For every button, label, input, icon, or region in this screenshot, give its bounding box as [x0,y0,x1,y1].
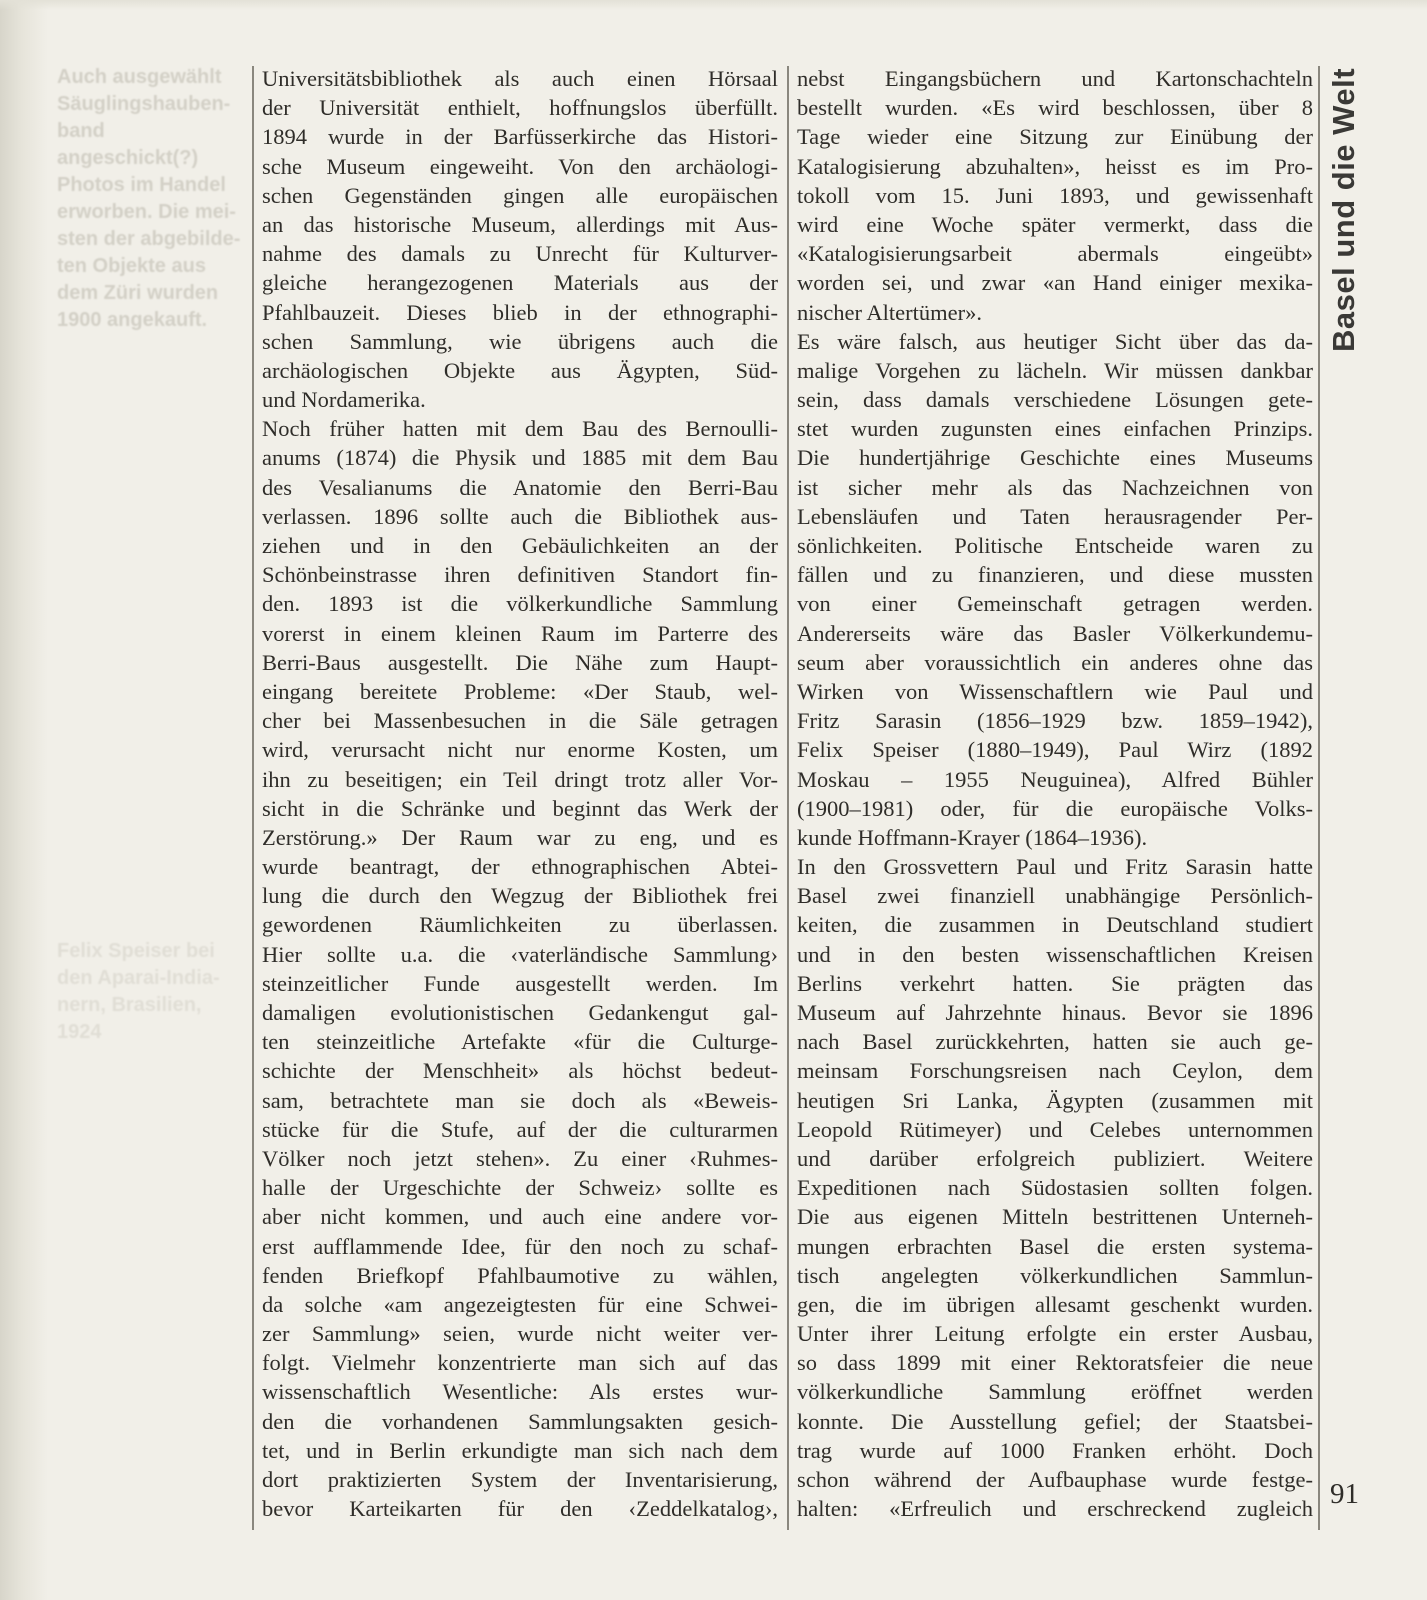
text-line: Tage wieder eine Sitzung zur Einübung de… [797,122,1313,151]
text-line: sicht in die Schränke und beginnt das We… [262,794,778,823]
text-line: dort praktizierten System der Inventaris… [262,1465,778,1494]
text-line: den. 1893 ist die völkerkundliche Sammlu… [262,589,778,618]
bleedthrough-caption-bottom: Felix Speiser beiden Aparai-India-nern, … [57,938,237,1046]
text-line: gleiche herangezogenen Materials aus der [262,268,778,297]
text-line: sam, betrachtete man sie doch als «Bewei… [262,1086,778,1115]
text-line: gewordenen Räumlichkeiten zu überlassen. [262,910,778,939]
text-column-right: nebst Eingangsbüchern und Kartonschachte… [797,64,1313,1523]
text-line: Expeditionen nach Südostasien sollten fo… [797,1173,1313,1202]
text-line: tisch angelegten völkerkundlichen Sammlu… [797,1261,1313,1290]
text-line: des Vesalianums die Anatomie den Berri-B… [262,473,778,502]
text-line: nebst Eingangsbüchern und Kartonschachte… [797,64,1313,93]
text-line: tet, und in Berlin erkundigte man sich n… [262,1436,778,1465]
scan-edge-shadow-top [0,0,1427,10]
text-line: nischer Altertümer». [797,298,1313,327]
text-line: Felix Speiser (1880–1949), Paul Wirz (18… [797,735,1313,764]
text-line: fenden Briefkopf Pfahlbaumotive zu wähle… [262,1261,778,1290]
margin-note-line: den Aparai-India- [57,965,237,992]
text-line: Hier sollte u.a. die ‹vaterländische Sam… [262,940,778,969]
column-rule-left [252,66,254,1530]
text-line: und darüber erfolgreich publiziert. Weit… [797,1144,1313,1173]
text-line: lung die durch den Wegzug der Bibliothek… [262,881,778,910]
text-line: schon während der Aufbauphase wurde fest… [797,1465,1313,1494]
text-line: trag wurde auf 1000 Franken erhöht. Doch [797,1436,1313,1465]
text-line: schen Gegenständen gingen alle europäisc… [262,181,778,210]
text-line: Wirken von Wissenschaftlern wie Paul und [797,677,1313,706]
text-line: von einer Gemeinschaft getragen werden. [797,589,1313,618]
text-line: ten steinzeitliche Artefakte «für die Cu… [262,1027,778,1056]
text-line: nach Basel zurückkehrten, hatten sie auc… [797,1027,1313,1056]
text-line: zer Sammlung» seien, wurde nicht weiter … [262,1319,778,1348]
text-line: völkerkundliche Sammlung eröffnet werden [797,1377,1313,1406]
text-line: cher bei Massenbesuchen in die Säle getr… [262,706,778,735]
text-line: heutigen Sri Lanka, Ägypten (zusammen mi… [797,1086,1313,1115]
text-line: eingang bereitete Probleme: «Der Staub, … [262,677,778,706]
text-line: 1894 wurde in der Barfüsserkirche das Hi… [262,122,778,151]
margin-note-line: Säuglingshauben- [57,91,247,118]
text-line: meinsam Forschungsreisen nach Ceylon, de… [797,1056,1313,1085]
text-line: erst aufflammende Idee, für den noch zu … [262,1232,778,1261]
text-line: halten: «Erfreulich und erschreckend zug… [797,1494,1313,1523]
text-line: wird eine Woche später vermerkt, dass di… [797,210,1313,239]
text-line: kunde Hoffmann-Krayer (1864–1936). [797,823,1313,852]
text-line: verlassen. 1896 sollte auch die Biblioth… [262,502,778,531]
margin-note-line: ten Objekte aus [57,253,247,280]
column-rule-middle [787,66,789,1530]
text-line: Basel zwei finanziell unabhängige Persön… [797,881,1313,910]
text-line: «Katalogisierungsarbeit abermals eingeüb… [797,239,1313,268]
text-line: den die vorhandenen Sammlungsakten gesic… [262,1407,778,1436]
text-line: Schönbeinstrasse ihren definitiven Stand… [262,560,778,589]
text-line: da solche «am angezeigtesten für eine Sc… [262,1290,778,1319]
text-line: tokoll vom 15. Juni 1893, und gewissenha… [797,181,1313,210]
text-line: ist sicher mehr als das Nachzeichnen von [797,473,1313,502]
text-line: ziehen und in den Gebäulichkeiten an der [262,531,778,560]
text-line: Katalogisierung abzuhalten», heisst es i… [797,152,1313,181]
text-line: Noch früher hatten mit dem Bau des Berno… [262,414,778,443]
text-line: (1900–1981) oder, für die europäische Vo… [797,794,1313,823]
text-line: mungen erbrachten Basel die ersten syste… [797,1232,1313,1261]
text-line: aber nicht kommen, und auch eine andere … [262,1202,778,1231]
text-line: Andererseits wäre das Basler Völkerkunde… [797,619,1313,648]
text-line: Berri-Baus ausgestellt. Die Nähe zum Hau… [262,648,778,677]
text-line: Museum auf Jahrzehnte hinaus. Bevor sie … [797,998,1313,1027]
text-line: archäologischen Objekte aus Ägypten, Süd… [262,356,778,385]
text-line: Zerstörung.» Der Raum war zu eng, und es [262,823,778,852]
scanned-book-page: Auch ausgewähltSäuglingshauben-band ange… [0,0,1427,1600]
text-line: anums (1874) die Physik und 1885 mit dem… [262,443,778,472]
text-line: damaligen evolutionistischen Gedankengut… [262,998,778,1027]
text-line: halle der Urgeschichte der Schweiz› soll… [262,1173,778,1202]
scan-edge-shadow [0,0,48,1600]
text-column-left: Universitätsbibliothek als auch einen Hö… [262,64,778,1523]
text-line: so dass 1899 mit einer Rektoratsfeier di… [797,1348,1313,1377]
margin-note-line: Felix Speiser bei [57,938,237,965]
text-line: malige Vorgehen zu lächeln. Wir müssen d… [797,356,1313,385]
text-line: sche Museum eingeweiht. Von den archäolo… [262,152,778,181]
text-line: wird, verursacht nicht nur enorme Kosten… [262,735,778,764]
text-line: steinzeitlicher Funde ausgestellt werden… [262,969,778,998]
text-line: wurde beantragt, der ethnographischen Ab… [262,852,778,881]
text-line: Die hundertjährige Geschichte eines Muse… [797,443,1313,472]
text-line: Es wäre falsch, aus heutiger Sicht über … [797,327,1313,356]
text-line: wissenschaftlich Wesentliche: Als erstes… [262,1377,778,1406]
text-line: worden sei, und zwar «an Hand einiger me… [797,268,1313,297]
text-line: folgt. Vielmehr konzentrierte man sich a… [262,1348,778,1377]
running-head-label: Basel und die Welt [1326,60,1370,352]
bleedthrough-caption-top: Auch ausgewähltSäuglingshauben-band ange… [57,64,247,334]
margin-note-line: nern, Brasilien, [57,992,237,1019]
text-line: schen Sammlung, wie übrigens auch die [262,327,778,356]
text-line: ihn zu beseitigen; ein Teil dringt trotz… [262,765,778,794]
text-line: und Nordamerika. [262,385,778,414]
margin-note-line: band angeschickt(?) [57,118,247,172]
margin-note-line: dem Züri wurden [57,280,247,307]
text-line: an das historische Museum, allerdings mi… [262,210,778,239]
margin-note-line: erworben. Die mei- [57,199,247,226]
text-line: Leopold Rütimeyer) und Celebes unternomm… [797,1115,1313,1144]
column-rule-right [1318,66,1320,1530]
margin-note-line: 1900 angekauft. [57,307,247,334]
text-line: Lebensläufen und Taten herausragender Pe… [797,502,1313,531]
running-head-vertical: Basel und die Welt [1326,60,1370,352]
text-line: schichte der Menschheit» als höchst bede… [262,1056,778,1085]
text-line: stücke für die Stufe, auf der die cultur… [262,1115,778,1144]
page-number: 91 [1330,1478,1359,1511]
margin-note-line: sten der abgebilde- [57,226,247,253]
text-line: gen, die im übrigen allesamt geschenkt w… [797,1290,1313,1319]
text-line: Berlins verkehrt hatten. Sie prägten das [797,969,1313,998]
text-line: konnte. Die Ausstellung gefiel; der Staa… [797,1407,1313,1436]
text-line: Universitätsbibliothek als auch einen Hö… [262,64,778,93]
text-line: Moskau – 1955 Neuguinea), Alfred Bühler [797,765,1313,794]
margin-note-line: Auch ausgewählt [57,64,247,91]
text-line: der Universität enthielt, hoffnungslos ü… [262,93,778,122]
text-line: nahme des damals zu Unrecht für Kulturve… [262,239,778,268]
margin-note-line: 1924 [57,1019,237,1046]
margin-note-line: Photos im Handel [57,172,247,199]
text-line: sönlichkeiten. Politische Entscheide war… [797,531,1313,560]
text-line: In den Grossvettern Paul und Fritz Saras… [797,852,1313,881]
text-line: Unter ihrer Leitung erfolgte ein erster … [797,1319,1313,1348]
text-line: Völker noch jetzt stehen». Zu einer ‹Ruh… [262,1144,778,1173]
text-line: stet wurden zugunsten eines einfachen Pr… [797,414,1313,443]
text-line: seum aber voraussichtlich ein anderes oh… [797,648,1313,677]
text-line: Pfahlbauzeit. Dieses blieb in der ethnog… [262,298,778,327]
text-line: Fritz Sarasin (1856–1929 bzw. 1859–1942)… [797,706,1313,735]
text-line: sein, dass damals verschiedene Lösungen … [797,385,1313,414]
text-line: fällen und zu finanzieren, und diese mus… [797,560,1313,589]
text-line: keiten, die zusammen in Deutschland stud… [797,910,1313,939]
text-line: vorerst in einem kleinen Raum im Parterr… [262,619,778,648]
text-line: und in den besten wissenschaftlichen Kre… [797,940,1313,969]
text-line: Die aus eigenen Mitteln bestrittenen Unt… [797,1202,1313,1231]
text-line: bestellt wurden. «Es wird beschlossen, ü… [797,93,1313,122]
text-line: bevor Karteikarten für den ‹Zeddelkatalo… [262,1494,778,1523]
